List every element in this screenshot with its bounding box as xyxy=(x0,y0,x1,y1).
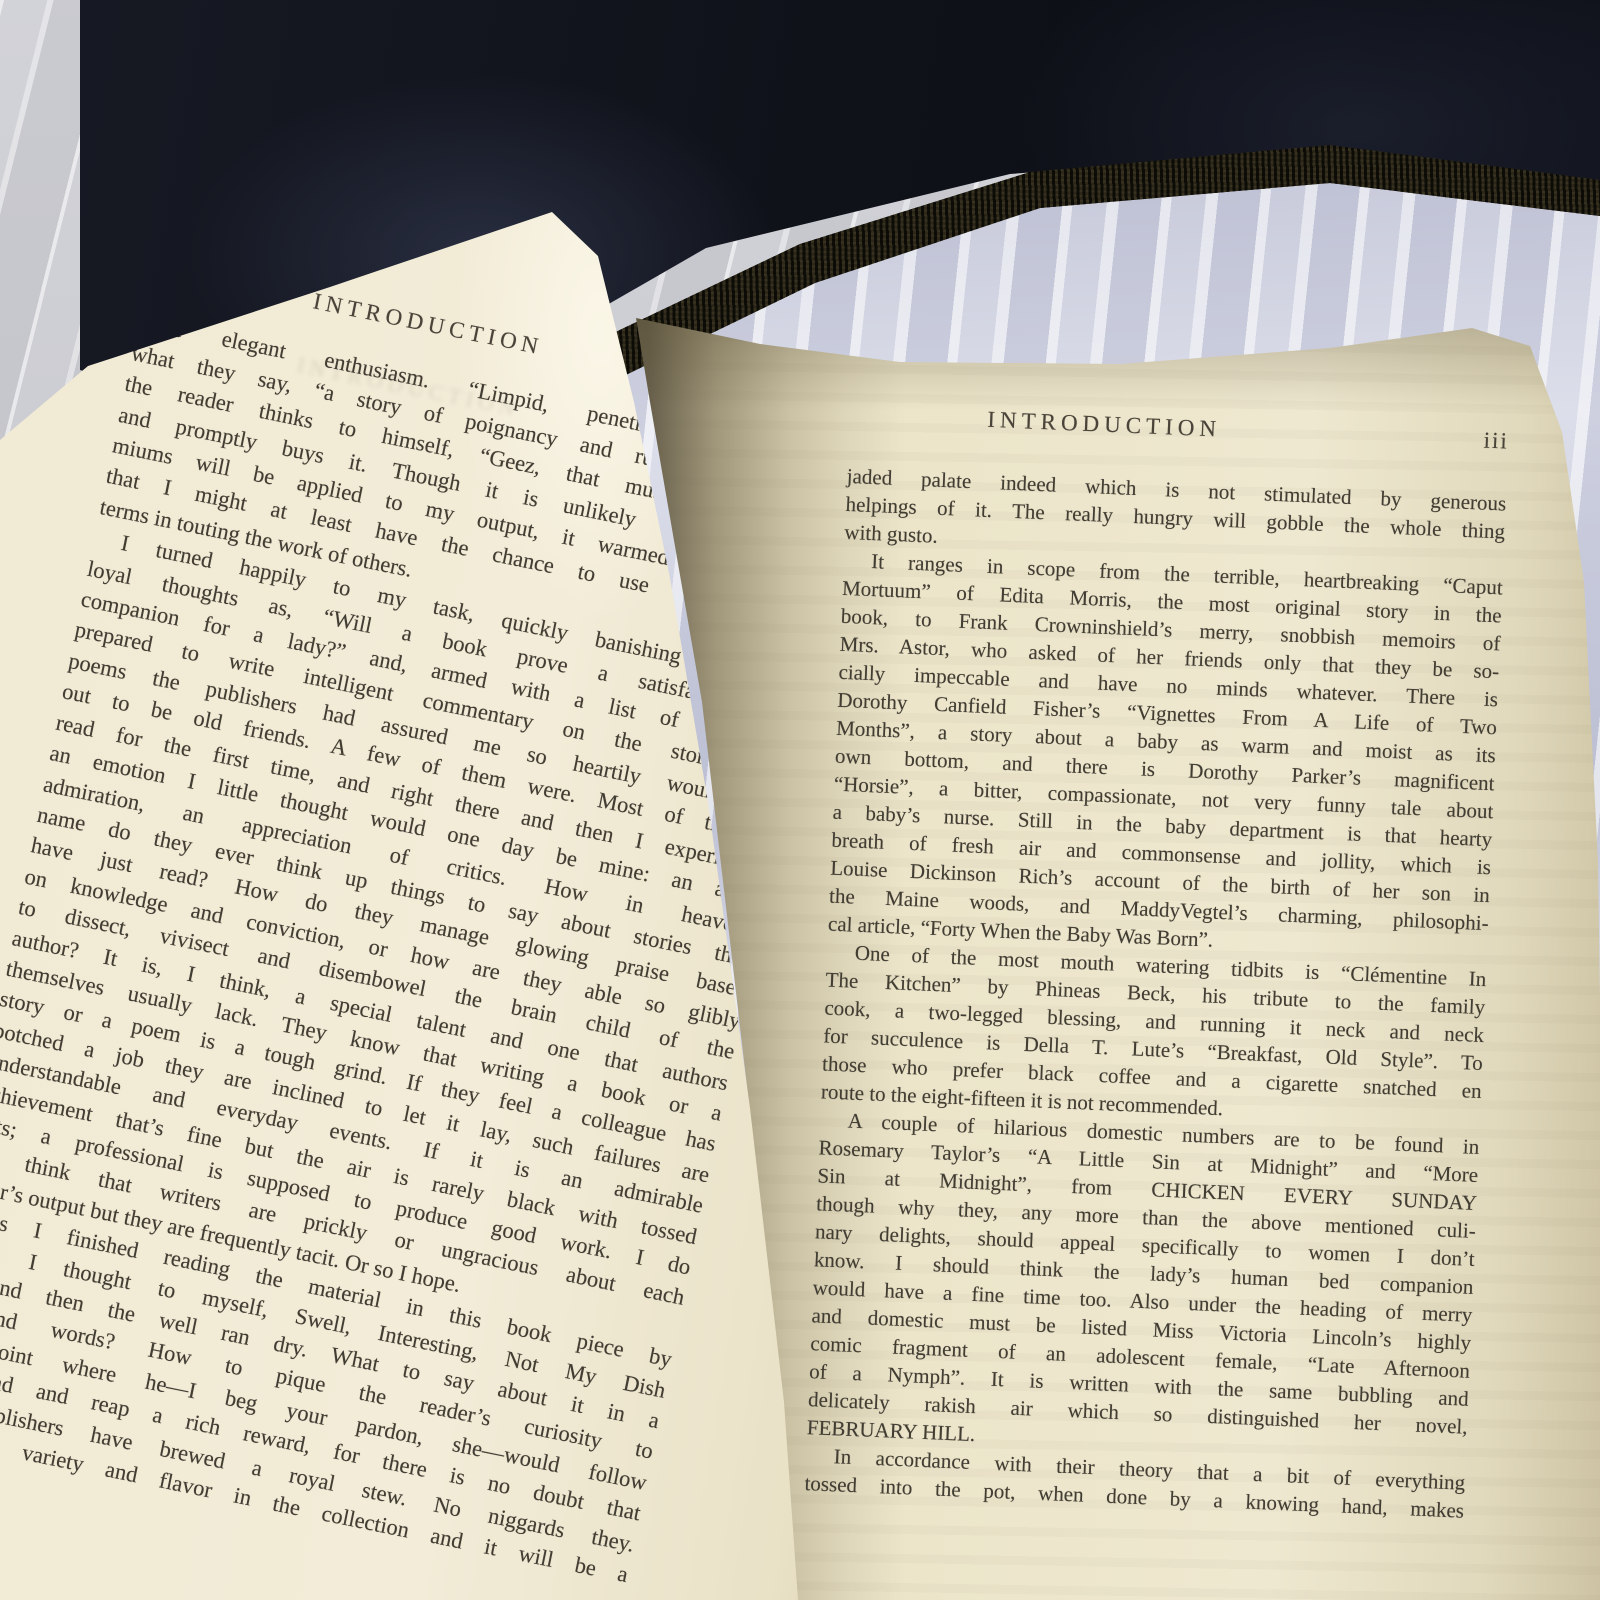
page-number: iii xyxy=(1358,421,1509,455)
photo-of-open-book: INTRODUCTION iii jaded palate indeed whi… xyxy=(0,0,1600,1600)
right-page-body: jaded palate indeed which is not stimula… xyxy=(804,462,1507,1525)
right-page-text: INTRODUCTION iii jaded palate indeed whi… xyxy=(804,400,1509,1525)
